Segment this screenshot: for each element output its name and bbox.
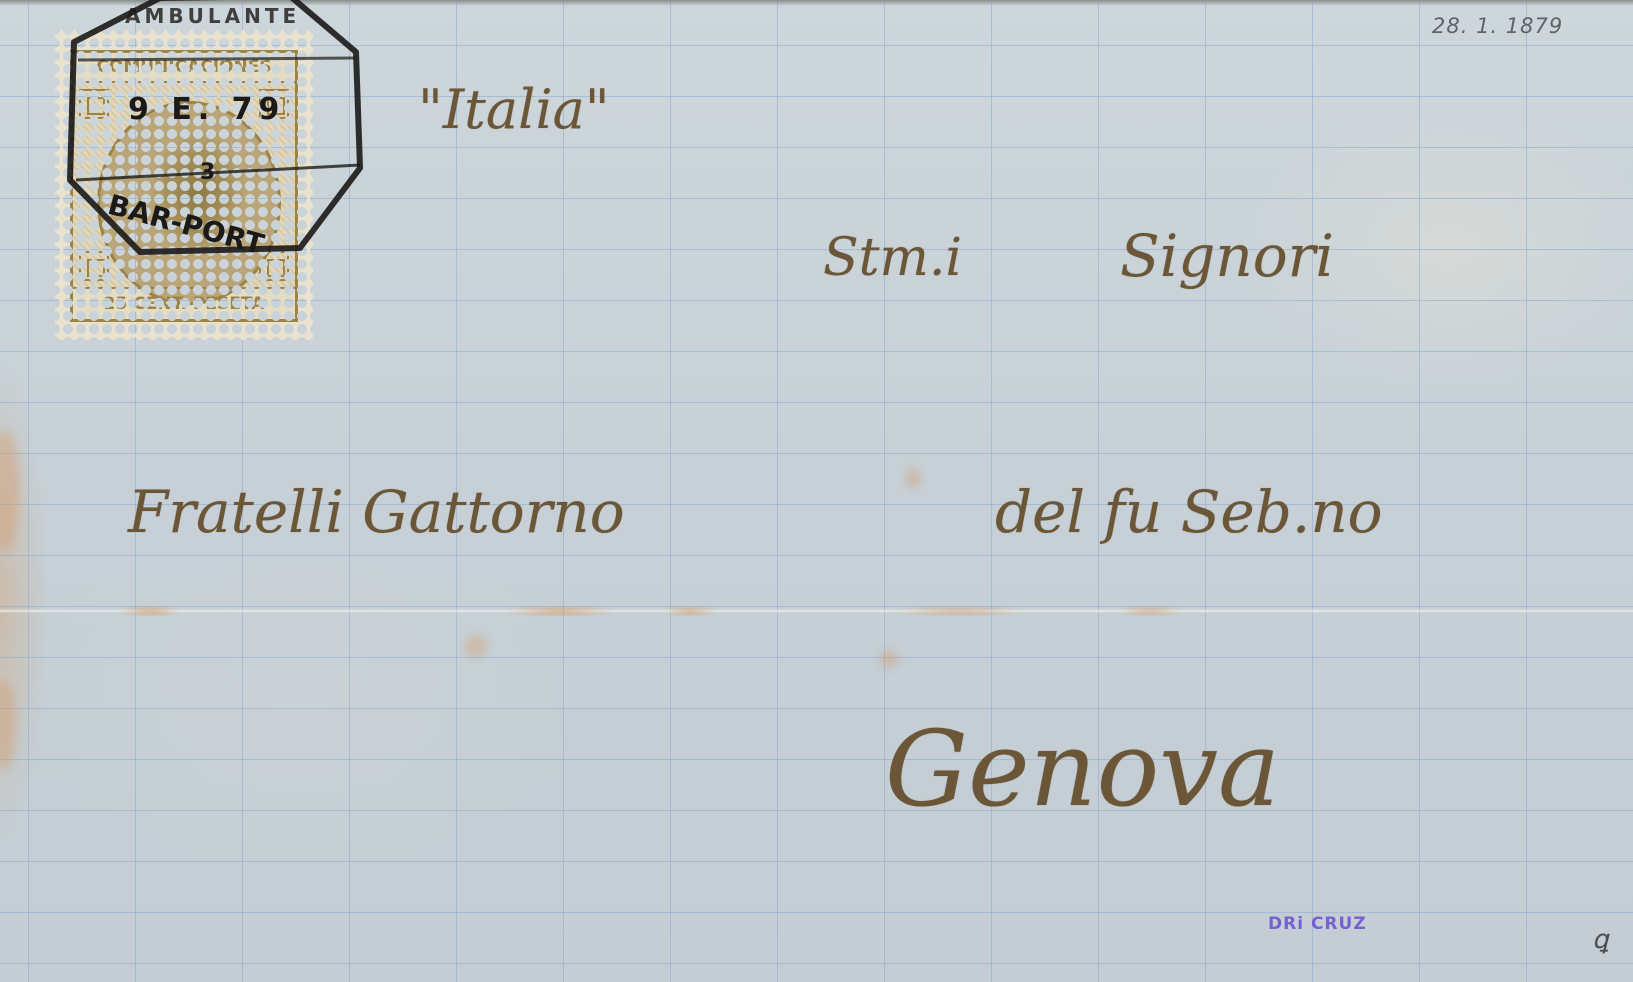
destination-city: Genova: [885, 708, 1280, 830]
stamp-value-label: 25 CENT. PESETA: [73, 287, 295, 319]
postmark-sub-line: 3: [200, 160, 215, 185]
paraph-mark: ꝗ: [1592, 925, 1609, 955]
salutation-abbreviation: Stm.i: [823, 228, 962, 288]
foxing-stain: [905, 468, 921, 488]
destination-country: "Italia": [418, 78, 610, 141]
postage-stamp: COMUNICACIONES 25 CENT. PESETA: [55, 30, 313, 340]
salutation: Signori: [1120, 222, 1334, 290]
postmark-date: 9 E. 79: [128, 92, 285, 127]
recipient-name: Fratelli Gattorno: [128, 478, 625, 546]
pencil-date-annotation: 28. 1. 1879: [1432, 14, 1563, 38]
stamp-top-label: COMUNICACIONES: [73, 53, 295, 83]
fold-line: [0, 606, 1633, 616]
dealer-handstamp: DRi CRUZ: [1268, 914, 1367, 934]
fret-ornament-icon: [79, 251, 109, 281]
foxing-stain: [880, 650, 898, 668]
postmark-top-arc: AMBULANTE: [125, 4, 300, 28]
stamp-frame: COMUNICACIONES 25 CENT. PESETA: [70, 50, 298, 322]
recipient-name-suffix: del fu Seb.no: [995, 478, 1383, 546]
fret-ornament-icon: [79, 89, 109, 119]
foxing-stain: [465, 635, 487, 657]
